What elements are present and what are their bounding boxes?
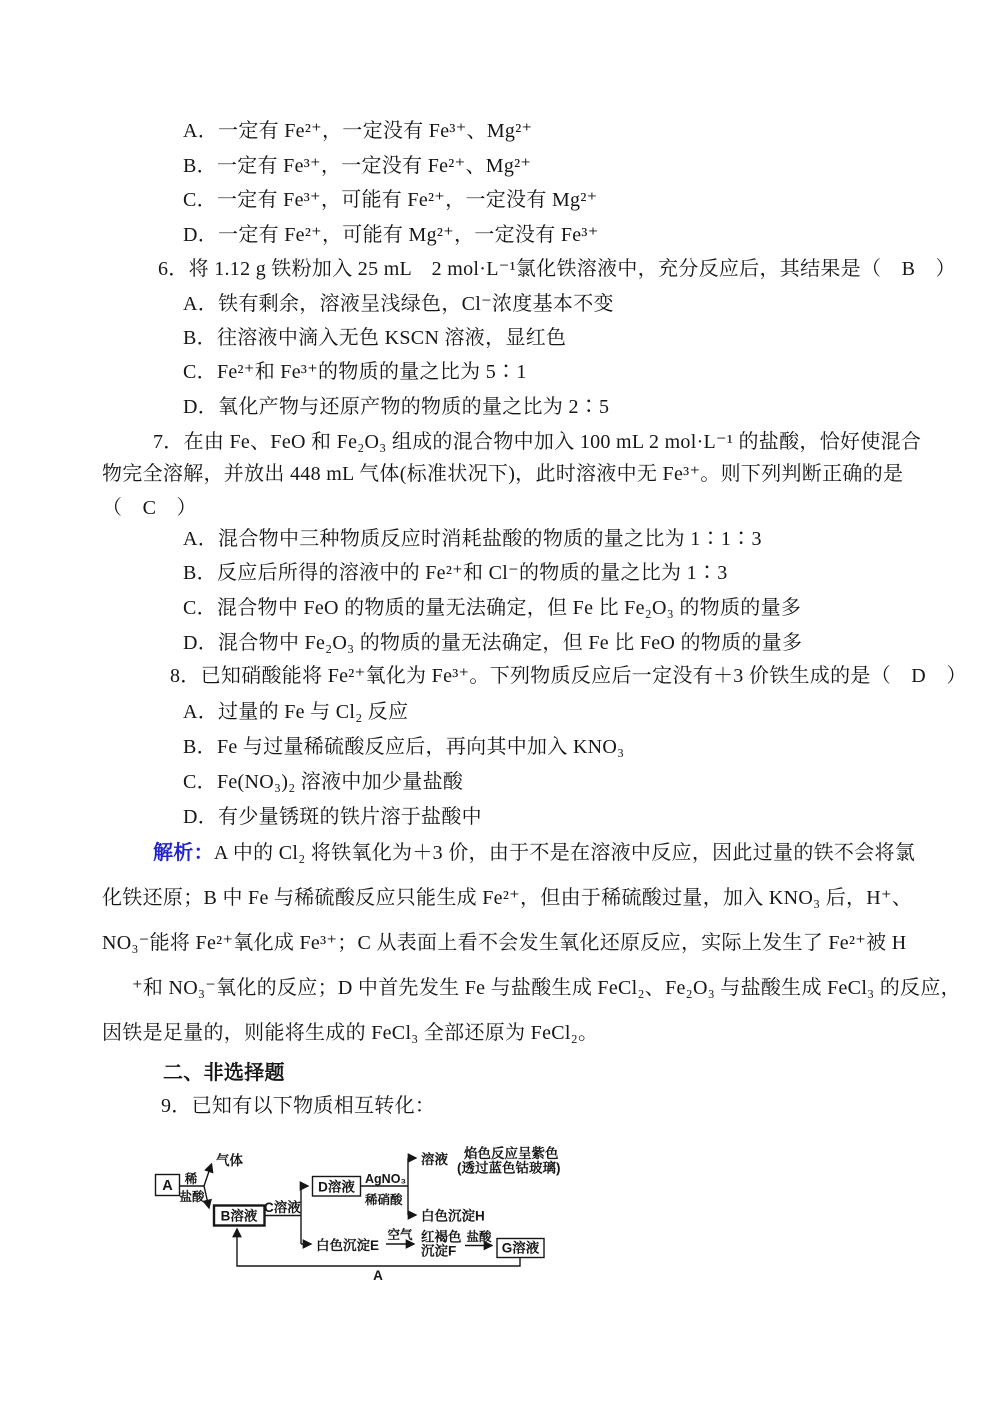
q5-option-d: D．一定有 Fe²⁺，可能有 Mg²⁺，一定没有 Fe³⁺ (183, 222, 599, 248)
analysis-label: 解析： (153, 842, 214, 864)
q6-option-d: D．氧化产物与还原产物的物质的量之比为 2∶5 (183, 394, 609, 420)
node-d-label: D溶液 (318, 1179, 355, 1195)
q7-stem-line1: 7．在由 Fe、FeO 和 Fe₂O₃ 组成的混合物中加入 100 mL 2 m… (153, 429, 921, 455)
edge-label-c-solution: C溶液 (264, 1199, 301, 1215)
q7-option-c: C．混合物中 FeO 的物质的量无法确定，但 Fe 比 Fe₂O₃ 的物质的量多 (183, 595, 801, 621)
q6-stem: 6．将 1.12 g 铁粉加入 25 mL 2 mol·L⁻¹氯化铁溶液中，充分… (158, 256, 956, 282)
edge-label-dilute-nitric: 稀硝酸 (364, 1192, 403, 1207)
edge-label-dilute: 稀 (184, 1171, 198, 1186)
q8-option-b: B．Fe 与过量稀硫酸反应后，再向其中加入 KNO₃ (183, 734, 624, 760)
node-solution-label: 溶液 (421, 1151, 448, 1167)
q6-option-a: A．铁有剩余，溶液呈浅绿色，Cl⁻浓度基本不变 (183, 291, 614, 317)
q8-option-d: D．有少量锈斑的铁片溶于盐酸中 (183, 804, 482, 830)
q8-option-a: A．过量的 Fe 与 Cl₂ 反应 (183, 699, 408, 725)
node-g-label: G溶液 (502, 1240, 540, 1256)
q9-stem: 9．已知有以下物质相互转化： (161, 1093, 435, 1119)
node-precip-e-label: 白色沉淀E (316, 1237, 379, 1253)
node-precip-f-line1: 红褐色 (421, 1229, 462, 1245)
q6-option-c: C．Fe²⁺和 Fe³⁺的物质的量之比为 5∶1 (183, 359, 527, 385)
exam-page: A．一定有 Fe²⁺，一定没有 Fe³⁺、Mg²⁺ B．一定有 Fe³⁺，一定没… (0, 0, 1000, 1414)
flame-note-line1: 焰色反应呈紫色 (463, 1145, 559, 1161)
edge-label-hcl: 盐酸 (466, 1229, 492, 1244)
node-gas-label: 气体 (216, 1152, 243, 1168)
q7-answer-line: （ C ） (102, 495, 197, 521)
node-a-label: A (162, 1178, 173, 1194)
q7-option-b: B．反应后所得的溶液中的 Fe²⁺和 Cl⁻的物质的量之比为 1∶3 (183, 560, 728, 586)
section2-heading: 二、非选择题 (163, 1060, 285, 1086)
flame-note-line2: (透过蓝色钴玻璃) (457, 1160, 561, 1176)
analysis-text-1: A 中的 Cl₂ 将铁氧化为＋3 价，由于不是在溶液中反应，因此过量的铁不会将氯 (214, 842, 915, 864)
edge-label-agno3: AgNO₃ (365, 1172, 406, 1186)
q8-option-c: C．Fe(NO₃)₂ 溶液中加少量盐酸 (183, 769, 463, 795)
analysis-line4: ⁺和 NO₃⁻氧化的反应；D 中首先发生 Fe 与盐酸生成 FeCl₂、Fe₂O… (132, 975, 961, 1001)
q7-stem-line2: 物完全溶解，并放出 448 mL 气体(标准状况下)，此时溶液中无 Fe³⁺。则… (102, 461, 903, 487)
analysis-line3: NO₃⁻能将 Fe²⁺氧化成 Fe³⁺；C 从表面上看不会发生氧化还原反应，实际… (102, 930, 906, 956)
q5-option-a: A．一定有 Fe²⁺，一定没有 Fe³⁺、Mg²⁺ (183, 118, 532, 144)
q7-option-a: A．混合物中三种物质反应时消耗盐酸的物质的量之比为 1∶1∶3 (183, 526, 762, 552)
node-precip-f-line2: 沉淀F (421, 1243, 456, 1259)
q6-option-b: B．往溶液中滴入无色 KSCN 溶液，显红色 (183, 325, 566, 351)
node-b-label: B溶液 (221, 1208, 258, 1224)
q5-option-c: C．一定有 Fe³⁺，可能有 Fe²⁺，一定没有 Mg²⁺ (183, 187, 597, 213)
conversion-flow-diagram: A 稀 盐酸 气体 B溶液 C溶液 D溶液 AgNO₃ 稀硝酸 溶液 焰色反应呈… (145, 1138, 605, 1298)
edge-label-air: 空气 (387, 1227, 413, 1242)
q8-stem: 8．已知硝酸能将 Fe²⁺氧化为 Fe³⁺。下列物质反应后一定没有＋3 价铁生成… (170, 663, 967, 689)
return-edge-label-a: A (373, 1268, 383, 1283)
analysis-line2: 化铁还原；B 中 Fe 与稀硫酸反应只能生成 Fe²⁺，但由于稀硫酸过量，加入 … (102, 885, 912, 911)
analysis-line5: 因铁是足量的，则能将生成的 FeCl₃ 全部还原为 FeCl₂。 (102, 1020, 598, 1046)
node-precip-h-label: 白色沉淀H (421, 1208, 485, 1224)
edge-label-hcl-vertical: 盐酸 (179, 1189, 205, 1204)
q5-option-b: B．一定有 Fe³⁺，一定没有 Fe²⁺、Mg²⁺ (183, 153, 531, 179)
q7-option-d: D．混合物中 Fe₂O₃ 的物质的量无法确定，但 Fe 比 FeO 的物质的量多 (183, 630, 802, 656)
analysis-line1: 解析：A 中的 Cl₂ 将铁氧化为＋3 价，由于不是在溶液中反应，因此过量的铁不… (153, 840, 915, 866)
